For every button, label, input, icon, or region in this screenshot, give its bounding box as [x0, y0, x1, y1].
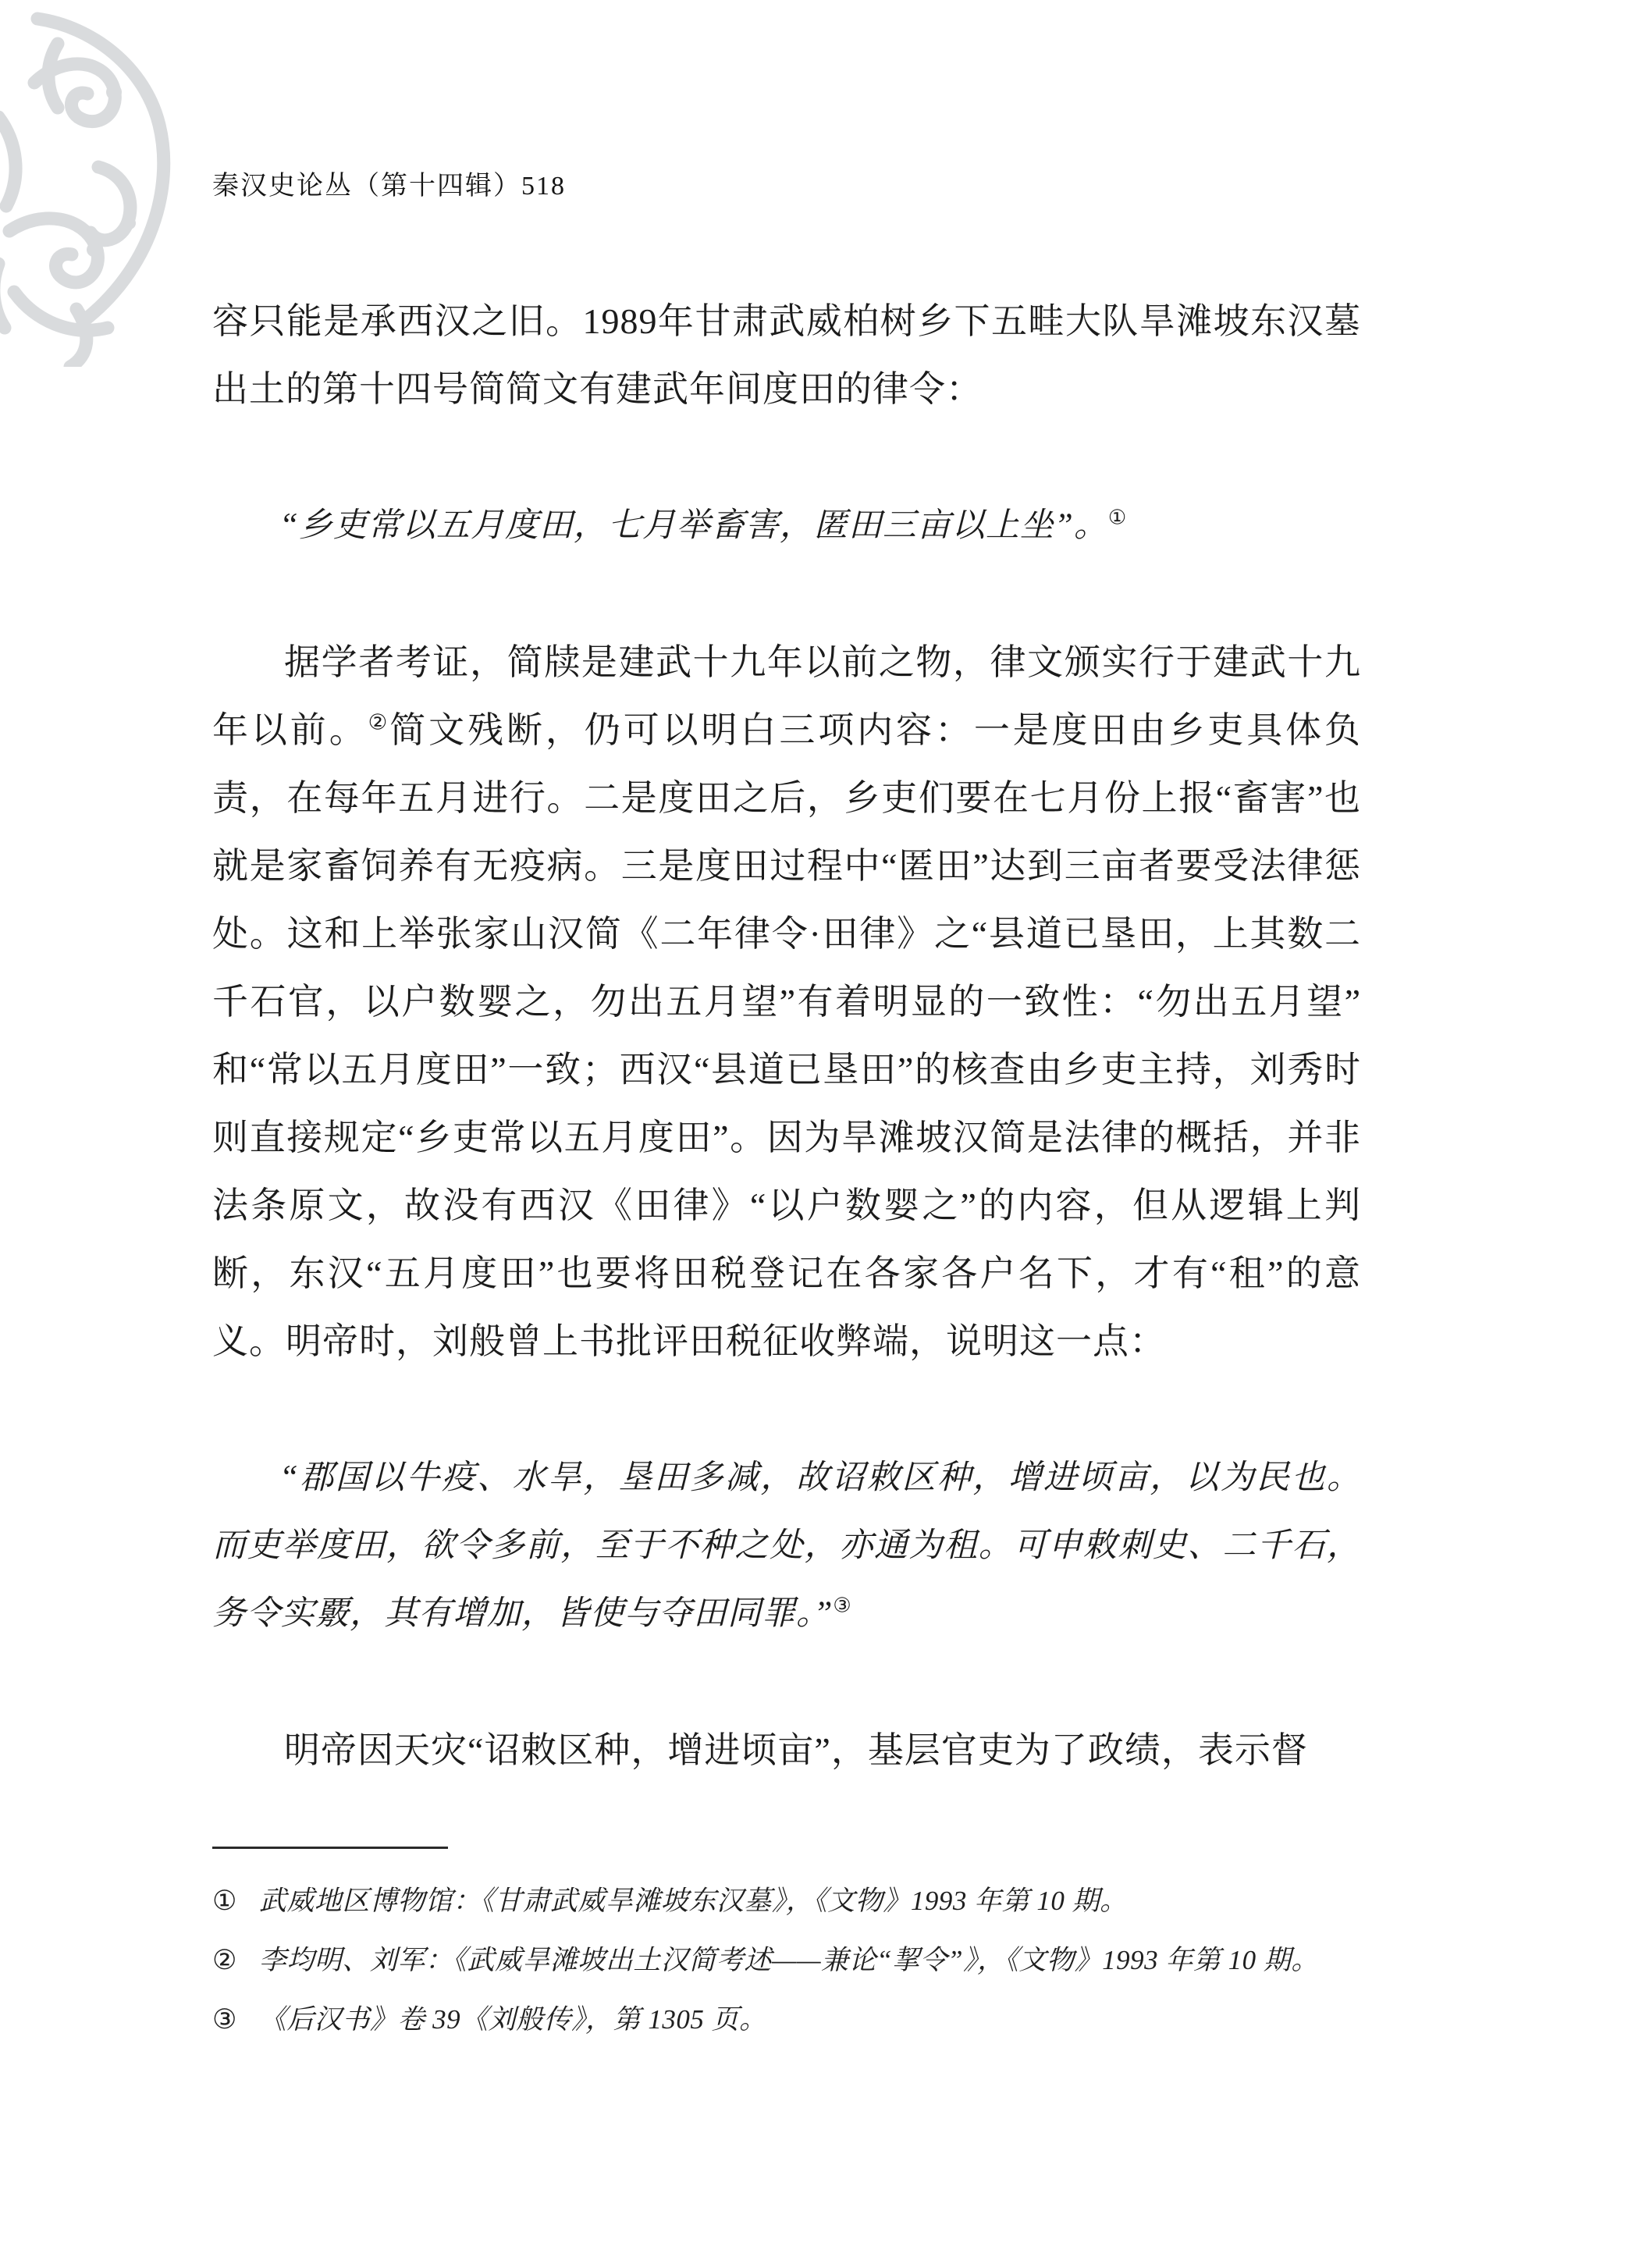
- footnote-3-marker: ③: [212, 2004, 237, 2035]
- quote-block-1: “乡吏常以五月度田，七月举畜害，匿田三亩以上坐”。①: [212, 492, 1361, 560]
- paragraph-2-text-after-ref: 简文残断，仍可以明白三项内容：一是度田由乡吏具体负责，在每年五月进行。二是度田之…: [212, 710, 1361, 1361]
- footnote-2-text: 李均明、刘军：《武威旱滩坡出土汉简考述——兼论“挈令”》，《文物》1993 年第…: [259, 1945, 1319, 1975]
- footnote-3-text: 《后汉书》卷 39《刘般传》，第 1305 页。: [259, 2004, 767, 2035]
- book-page: 秦汉史论丛（第十四辑）518 容只能是承西汉之旧。1989年甘肃武威柏树乡下五畦…: [0, 0, 1628, 2268]
- footnote-1-text: 武威地区博物馆：《甘肃武威旱滩坡东汉墓》，《文物》1993 年第 10 期。: [259, 1886, 1128, 1916]
- paragraph-1: 容只能是承西汉之旧。1989年甘肃武威柏树乡下五畦大队旱滩坡东汉墓出土的第十四号…: [212, 287, 1361, 423]
- corner-ornament-icon: [0, 0, 195, 367]
- footnotes-section: ①武威地区博物馆：《甘肃武威旱滩坡东汉墓》，《文物》1993 年第 10 期。 …: [212, 1847, 1361, 2053]
- footnote-1: ①武威地区博物馆：《甘肃武威旱滩坡东汉墓》，《文物》1993 年第 10 期。: [212, 1875, 1361, 1927]
- paragraph-2: 据学者考证，简牍是建武十九年以前之物，律文颁实行于建武十九年以前。②简文残断，仍…: [212, 628, 1361, 1375]
- quote-2-text: “郡国以牛疫、水旱，垦田多减，故诏敕区种，增进顷亩，以为民也。而吏举度田，欲令多…: [212, 1459, 1361, 1632]
- footnote-1-marker: ①: [212, 1886, 237, 1916]
- running-head: 秦汉史论丛（第十四辑）518: [212, 164, 566, 202]
- quote-1-text: “乡吏常以五月度田，七月举畜害，匿田三亩以上坐”。: [279, 507, 1108, 544]
- footnote-divider: [212, 1847, 448, 1849]
- page-body: 容只能是承西汉之旧。1989年甘肃武威柏树乡下五畦大队旱滩坡东汉墓出土的第十四号…: [212, 287, 1361, 1784]
- footnote-ref-3: ③: [833, 1594, 851, 1617]
- paragraph-3: 明帝因天灾“诏敕区种，增进顷亩”，基层官吏为了政绩，表示督: [212, 1716, 1361, 1784]
- footnote-ref-1: ①: [1108, 507, 1126, 529]
- footnote-2-marker: ②: [212, 1945, 237, 1975]
- footnote-3: ③《后汉书》卷 39《刘般传》，第 1305 页。: [212, 1994, 1361, 2046]
- footnote-ref-2: ②: [368, 710, 390, 734]
- quote-block-2: “郡国以牛疫、水旱，垦田多减，故诏敕区种，增进顷亩，以为民也。而吏举度田，欲令多…: [212, 1444, 1361, 1648]
- footnote-2: ②李均明、刘军：《武威旱滩坡出土汉简考述——兼论“挈令”》，《文物》1993 年…: [212, 1935, 1361, 1986]
